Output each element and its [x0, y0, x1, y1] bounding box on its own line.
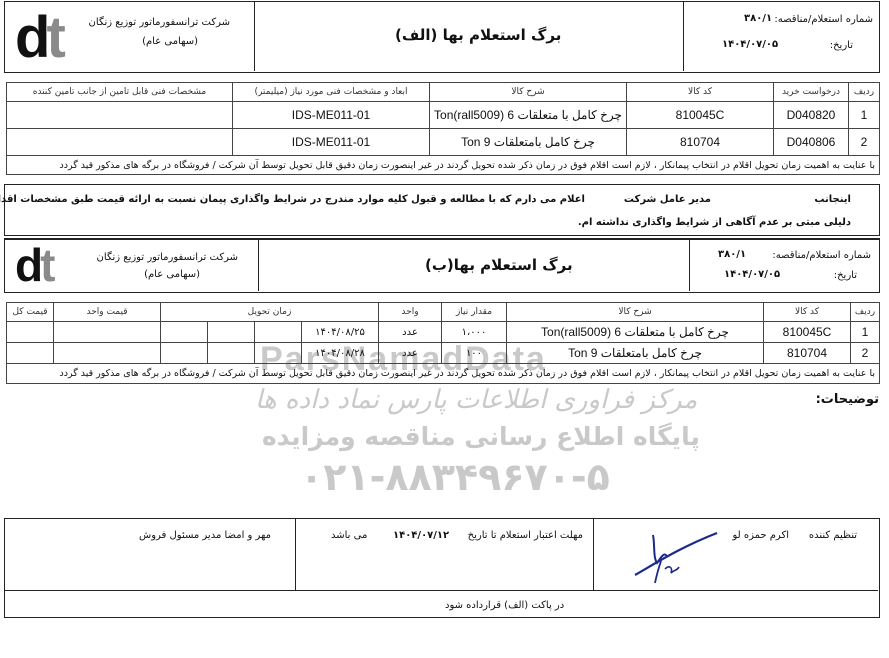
divider — [5, 590, 878, 591]
col-code: کد کالا — [764, 303, 851, 322]
cell-description: چرخ کامل با متعلقات 6 Ton(rall5009) — [507, 322, 764, 343]
watermark-phone: ۰۲۱-۸۸۳۴۹۶۷۰-۵ — [300, 455, 610, 499]
signature-icon — [631, 523, 721, 589]
cell-quantity: ۱۰۰ — [442, 343, 507, 364]
form-b-info-cell: شماره استعلام/مناقصه: ۳۸۰/۱ تاریخ: ۱۴۰۴/… — [689, 240, 879, 291]
cell-spec: IDS-ME011-01 — [233, 129, 430, 156]
logo-t: t — [46, 5, 65, 70]
cell-spec: IDS-ME011-01 — [233, 102, 430, 129]
date-label: تاریخ: — [834, 270, 857, 281]
cell-delivery: ۱۴۰۴/۰۸/۲۵ — [302, 322, 379, 343]
logo-t: t — [40, 239, 55, 291]
cell-code: 810704 — [764, 343, 851, 364]
col-supplier-spec: مشخصات فنی قابل تامین از جانب تامین کنند… — [7, 83, 233, 102]
cell-unit-price[interactable] — [54, 322, 161, 343]
cell-total-price[interactable] — [7, 343, 54, 364]
remarks-label: توضیحات: — [816, 392, 879, 407]
cell-delivery-extra — [161, 343, 208, 364]
footer-box: تنظیم کننده اکرم حمزه لو مهلت اعتبار است… — [4, 518, 880, 618]
date-value: ۱۴۰۴/۰۷/۰۵ — [724, 269, 780, 280]
company-type: (سهامی عام) — [142, 36, 198, 47]
declaration-line2: دلیلی مبتی بر عدم آگاهی از شرایط واگذاری… — [578, 217, 851, 228]
form-a-header: dt شرکت ترانسفورماتور توزیع زنگان (سهامی… — [4, 1, 880, 73]
cell-purchase-request: D040820 — [774, 102, 849, 129]
validity-suffix: می باشد — [331, 530, 367, 541]
form-b-title: برگ استعلام بها(ب) — [425, 256, 573, 274]
inquiry-number-label: شماره استعلام/مناقصه: — [774, 14, 873, 25]
form-a-table: ردیف درخواست خرید کد کالا شرح کالا ابعاد… — [6, 82, 880, 175]
form-a-company-cell: dt شرکت ترانسفورماتور توزیع زنگان (سهامی… — [5, 2, 255, 71]
packet-note: در پاکت (الف) قرارداده شود — [445, 600, 564, 611]
form-a-title: برگ استعلام بها (الف) — [395, 26, 561, 44]
form-b-company-cell: dt شرکت ترانسفورماتور توزیع زنگان (سهامی… — [5, 240, 259, 291]
col-description: شرح کالا — [507, 303, 764, 322]
prepared-by-name: اکرم حمزه لو — [732, 530, 789, 541]
declaration-i-label: اینجانب — [814, 194, 851, 205]
table-header-row: ردیف کد کالا شرح کالا مقدار نیاز واحد زم… — [7, 303, 880, 322]
table-note-row: با عنایت به اهمیت زمان تحویل اقلام در ان… — [7, 156, 880, 175]
form-b-header: dt شرکت ترانسفورماتور توزیع زنگان (سهامی… — [4, 238, 880, 293]
cell-delivery-extra — [208, 322, 255, 343]
cell-description: چرخ کامل بامتعلقات Ton 9 — [507, 343, 764, 364]
cell-unit: عدد — [379, 322, 442, 343]
company-logo: dt — [15, 4, 66, 71]
date-value: ۱۴۰۴/۰۷/۰۵ — [722, 39, 778, 50]
inquiry-number: ۳۸۰/۱ — [718, 249, 746, 260]
declaration-line1: اعلام می دارم که با مطالعه و قبول کلیه م… — [0, 194, 585, 205]
table-row: 2 D040806 810704 چرخ کامل بامتعلقات Ton … — [7, 129, 880, 156]
cell-row: 1 — [849, 102, 880, 129]
inquiry-number-label: شماره استعلام/مناقصه: — [772, 250, 871, 261]
declaration-ceo-label: مدیر عامل شرکت — [624, 194, 711, 205]
watermark-line2: پایگاه اطلاع رسانی مناقصه ومزایده — [262, 422, 700, 451]
cell-delivery-extra — [208, 343, 255, 364]
col-delivery: زمان تحویل — [161, 303, 379, 322]
cell-total-price[interactable] — [7, 322, 54, 343]
validity-label: مهلت اعتبار استعلام تا تاریخ — [468, 530, 583, 541]
table-row: 1 D040820 810045C چرخ کامل با متعلقات 6 … — [7, 102, 880, 129]
cell-row: 2 — [851, 343, 880, 364]
company-name: شرکت ترانسفورماتور توزیع زنگان — [97, 252, 238, 263]
cell-purchase-request: D040806 — [774, 129, 849, 156]
cell-row: 1 — [851, 322, 880, 343]
col-purchase-request: درخواست خرید — [774, 83, 849, 102]
logo-d: d — [15, 239, 43, 291]
table-row: 2 810704 چرخ کامل بامتعلقات Ton 9 ۱۰۰ عد… — [7, 343, 880, 364]
form-b-table: ردیف کد کالا شرح کالا مقدار نیاز واحد زم… — [6, 302, 880, 384]
watermark-line1: مرکز فراوری اطلاعات پارس نماد داده ها — [255, 385, 697, 415]
cell-delivery: ۱۴۰۴/۰۸/۲۸ — [302, 343, 379, 364]
cell-description: چرخ کامل با متعلقات 6 Ton(rall5009) — [430, 102, 627, 129]
col-code: کد کالا — [627, 83, 774, 102]
col-unit: واحد — [379, 303, 442, 322]
cell-delivery-extra — [255, 343, 302, 364]
company-name: شرکت ترانسفورماتور توزیع زنگان — [89, 17, 230, 28]
col-row: ردیف — [849, 83, 880, 102]
cell-code: 810045C — [627, 102, 774, 129]
cell-delivery-extra — [255, 322, 302, 343]
col-row: ردیف — [851, 303, 880, 322]
table-note-row: با عنایت به اهمیت زمان تحویل اقلام در ان… — [7, 364, 880, 384]
cell-delivery-extra — [161, 322, 208, 343]
cell-supplier-spec[interactable] — [7, 129, 233, 156]
validity-date: ۱۴۰۴/۰۷/۱۲ — [393, 530, 449, 541]
table-row: 1 810045C چرخ کامل با متعلقات 6 Ton(rall… — [7, 322, 880, 343]
col-quantity: مقدار نیاز — [442, 303, 507, 322]
seal-label: مهر و امضا مدیر مسئول فروش — [139, 530, 271, 541]
cell-unit: عدد — [379, 343, 442, 364]
form-a-info-cell: شماره استعلام/مناقصه: ۳۸۰/۱ تاریخ: ۱۴۰۴/… — [683, 2, 879, 71]
prepared-by-label: تنظیم کننده — [809, 530, 857, 541]
cell-row: 2 — [849, 129, 880, 156]
col-unit-price: قیمت واحد — [54, 303, 161, 322]
declaration-box: اینجانب مدیر عامل شرکت اعلام می دارم که … — [4, 184, 880, 236]
inquiry-number: ۳۸۰/۱ — [744, 13, 772, 24]
col-total-price: قیمت کل — [7, 303, 54, 322]
cell-supplier-spec[interactable] — [7, 102, 233, 129]
divider — [295, 519, 296, 590]
company-type: (سهامی عام) — [144, 269, 200, 280]
date-label: تاریخ: — [830, 40, 853, 51]
cell-code: 810704 — [627, 129, 774, 156]
delivery-note: با عنایت به اهمیت زمان تحویل اقلام در ان… — [7, 156, 880, 175]
cell-description: چرخ کامل بامتعلقات Ton 9 — [430, 129, 627, 156]
cell-code: 810045C — [764, 322, 851, 343]
company-logo: dt — [15, 238, 55, 292]
delivery-note: با عنایت به اهمیت زمان تحویل اقلام در ان… — [7, 364, 880, 384]
divider — [593, 519, 594, 590]
cell-quantity: ۱،۰۰۰ — [442, 322, 507, 343]
col-description: شرح کالا — [430, 83, 627, 102]
col-spec: ابعاد و مشخصات فنی مورد نیاز (میلیمتر) — [233, 83, 430, 102]
cell-unit-price[interactable] — [54, 343, 161, 364]
table-header-row: ردیف درخواست خرید کد کالا شرح کالا ابعاد… — [7, 83, 880, 102]
